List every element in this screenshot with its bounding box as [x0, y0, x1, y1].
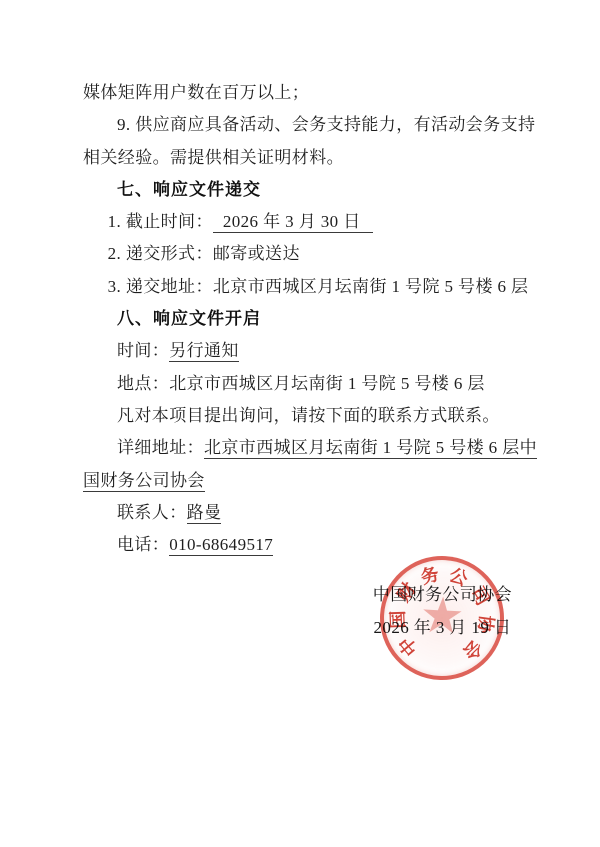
opening-place-line: 地点：北京市西城区月坛南街 1 号院 5 号楼 6 层 [83, 368, 520, 400]
signature-org: 中国财务公司协会 [373, 578, 512, 611]
section7-heading: 七、响应文件递交 [83, 174, 520, 206]
detail-address-line2: 国财务公司协会 [83, 465, 520, 497]
phone-line: 电话：010-68649517 [83, 529, 520, 561]
document-body: 媒体矩阵用户数在百万以上； 9. 供应商应具备活动、会务支持能力，有活动会务支持… [83, 77, 520, 561]
opening-time-label: 时间： [117, 341, 169, 360]
paragraph-item9-line1: 9. 供应商应具备活动、会务支持能力，有活动会务支持 [83, 109, 520, 141]
deadline-value-underlined: 2026 年 3 月 30 日 [213, 212, 373, 233]
opening-place-label: 地点： [117, 374, 169, 393]
paragraph-item9-line2: 相关经验。需提供相关证明材料。 [83, 142, 520, 174]
section8-heading: 八、响应文件开启 [83, 303, 520, 335]
phone-value-underlined: 010-68649517 [169, 535, 273, 556]
opening-time-value-underlined: 另行通知 [169, 341, 239, 362]
delivery-form-value: 邮寄或送达 [213, 244, 300, 263]
delivery-form-label: 2. 递交形式： [108, 244, 213, 263]
paragraph-media-matrix-tail: 媒体矩阵用户数在百万以上； [83, 77, 520, 109]
inquiry-note-line: 凡对本项目提出询问，请按下面的联系方式联系。 [83, 400, 520, 432]
detail-address-line1: 详细地址：北京市西城区月坛南街 1 号院 5 号楼 6 层中 [83, 432, 520, 464]
opening-place-value: 北京市西城区月坛南街 1 号院 5 号楼 6 层 [169, 374, 485, 393]
delivery-form-line: 2. 递交形式：邮寄或送达 [83, 238, 520, 270]
delivery-address-value: 北京市西城区月坛南街 1 号院 5 号楼 6 层 [213, 277, 529, 296]
detail-address-value-part2-underlined: 国财务公司协会 [83, 471, 205, 492]
contact-person-label: 联系人： [117, 503, 187, 522]
detail-address-label: 详细地址： [117, 438, 204, 457]
contact-person-value-underlined: 路曼 [187, 503, 222, 524]
delivery-address-label: 3. 递交地址： [108, 277, 213, 296]
signature-block: 中国财务公司协会 2026 年 3 月 19 日 [373, 578, 512, 644]
deadline-line: 1. 截止时间：2026 年 3 月 30 日 [83, 206, 520, 238]
signature-date: 2026 年 3 月 19 日 [373, 611, 512, 644]
detail-address-value-part1-underlined: 北京市西城区月坛南街 1 号院 5 号楼 6 层中 [204, 438, 537, 459]
deadline-label: 1. 截止时间： [108, 212, 213, 231]
delivery-address-line: 3. 递交地址：北京市西城区月坛南街 1 号院 5 号楼 6 层 [83, 271, 520, 303]
opening-time-line: 时间：另行通知 [83, 335, 520, 367]
contact-person-line: 联系人：路曼 [83, 497, 520, 529]
phone-label: 电话： [117, 535, 169, 554]
